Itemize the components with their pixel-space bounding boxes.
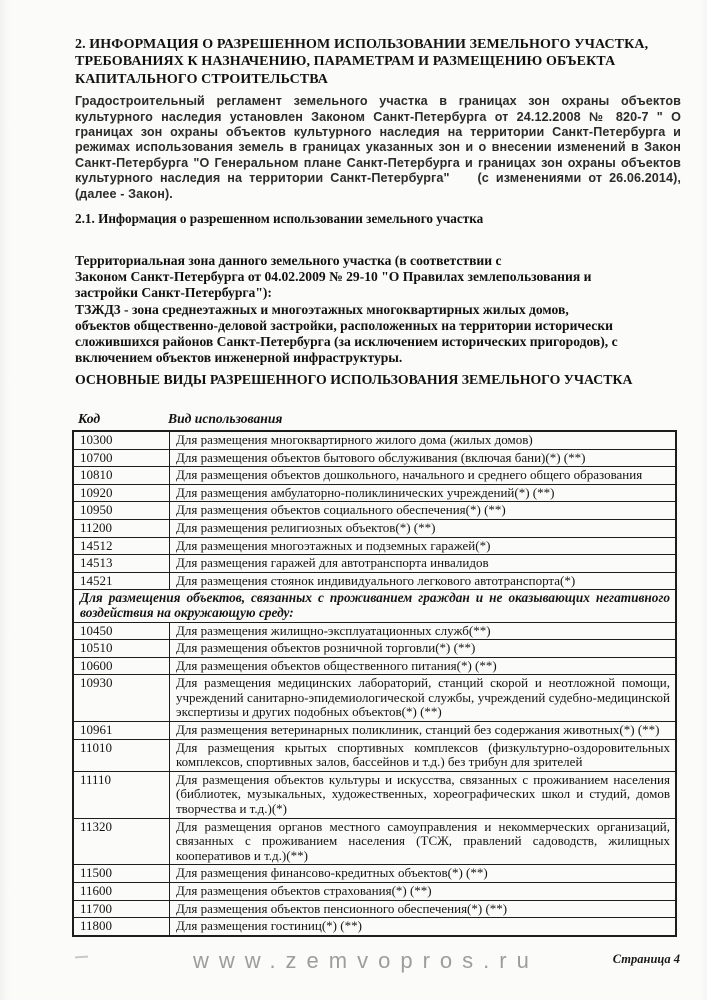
use-code-cell: 10930 [73, 675, 170, 722]
table-row: 11010Для размещения крытых спортивных ко… [73, 739, 676, 771]
use-description-cell: Для размещения стоянок индивидуального л… [170, 572, 677, 590]
use-code-cell: 11600 [73, 883, 170, 901]
table-row: 11110Для размещения объектов культуры и … [73, 771, 676, 818]
use-description-cell: Для размещения медицинских лабораторий, … [170, 675, 677, 722]
use-description-cell: Для размещения жилищно-эксплуатационных … [170, 622, 677, 640]
use-code-cell: 10810 [73, 467, 170, 485]
column-header-use: Вид использования [168, 411, 282, 427]
use-code-cell: 10450 [73, 622, 170, 640]
use-code-cell: 11320 [73, 818, 170, 865]
watermark-text: www.zemvopros.ru [193, 948, 539, 974]
table-row: 10950Для размещения объектов социального… [73, 502, 676, 520]
table-row: 10930Для размещения медицинских лаборато… [73, 675, 676, 722]
scan-smudge-artifact [75, 956, 88, 959]
table-row: 11500Для размещения финансово-кредитных … [73, 865, 676, 883]
table-row: Для размещения объектов, связанных с про… [73, 590, 676, 622]
use-description-cell: Для размещения объектов страхования(*) (… [170, 883, 677, 901]
use-description-cell: Для размещения объектов социального обес… [170, 502, 677, 520]
use-description-cell: Для размещения органов местного самоупра… [170, 818, 677, 865]
use-code-cell: 10700 [73, 449, 170, 467]
group-note-cell: Для размещения объектов, связанных с про… [73, 590, 676, 622]
table-row: 11700Для размещения объектов пенсионного… [73, 900, 676, 918]
use-code-cell: 10300 [73, 431, 170, 449]
use-code-cell: 14512 [73, 537, 170, 555]
table-row: 10810Для размещения объектов дошкольного… [73, 467, 676, 485]
use-description-cell: Для размещения финансово-кредитных объек… [170, 865, 677, 883]
table-row: 14512Для размещения многоэтажных и подзе… [73, 537, 676, 555]
use-code-cell: 11700 [73, 900, 170, 918]
use-description-cell: Для размещения многоэтажных и подземных … [170, 537, 677, 555]
table-row: 10300Для размещения многоквартирного жил… [73, 431, 676, 449]
use-description-cell: Для размещения объектов культуры и искус… [170, 771, 677, 818]
page-number-label: Страница 4 [613, 952, 680, 967]
use-description-cell: Для размещения ветеринарных поликлиник, … [170, 722, 677, 740]
use-code-cell: 11110 [73, 771, 170, 818]
uses-table-body: 10300Для размещения многоквартирного жил… [73, 431, 676, 936]
use-description-cell: Для размещения гостиниц(*) (**) [170, 918, 677, 936]
table-row: 11800Для размещения гостиниц(*) (**) [73, 918, 676, 936]
use-description-cell: Для размещения амбулаторно-поликлиническ… [170, 484, 677, 502]
regulation-intro-paragraph: Градостроительный регламент земельного у… [75, 94, 681, 202]
table-row: 14513Для размещения гаражей для автотран… [73, 555, 676, 573]
use-description-cell: Для размещения объектов пенсионного обес… [170, 900, 677, 918]
use-code-cell: 14521 [73, 572, 170, 590]
use-code-cell: 11800 [73, 918, 170, 936]
use-code-cell: 11500 [73, 865, 170, 883]
use-description-cell: Для размещения многоквартирного жилого д… [170, 431, 677, 449]
subsection-2-1-heading: 2.1. Информация о разрешенном использова… [75, 211, 681, 227]
territorial-zone-description: Территориальная зона данного земельного … [75, 253, 681, 366]
use-description-cell: Для размещения объектов дошкольного, нач… [170, 467, 677, 485]
table-row: 10961Для размещения ветеринарных поликли… [73, 722, 676, 740]
table-column-headers: Код Вид использования [78, 411, 681, 427]
use-code-cell: 10920 [73, 484, 170, 502]
use-code-cell: 10950 [73, 502, 170, 520]
use-description-cell: Для размещения гаражей для автотранспорт… [170, 555, 677, 573]
use-code-cell: 10510 [73, 640, 170, 658]
use-description-cell: Для размещения крытых спортивных комплек… [170, 739, 677, 771]
section-heading: 2. ИНФОРМАЦИЯ О РАЗРЕШЕННОМ ИСПОЛЬЗОВАНИ… [75, 0, 681, 88]
main-uses-heading: ОСНОВНЫЕ ВИДЫ РАЗРЕШЕННОГО ИСПОЛЬЗОВАНИЯ… [75, 372, 681, 389]
table-row: 14521Для размещения стоянок индивидуальн… [73, 572, 676, 590]
use-code-cell: 14513 [73, 555, 170, 573]
use-code-cell: 11200 [73, 519, 170, 537]
permitted-uses-table: 10300Для размещения многоквартирного жил… [72, 430, 677, 937]
table-row: 11320Для размещения органов местного сам… [73, 818, 676, 865]
table-row: 11600Для размещения объектов страхования… [73, 883, 676, 901]
use-code-cell: 10600 [73, 657, 170, 675]
table-row: 10700Для размещения объектов бытового об… [73, 449, 676, 467]
column-header-code: Код [78, 411, 168, 427]
use-code-cell: 10961 [73, 722, 170, 740]
table-row: 10510Для размещения объектов розничной т… [73, 640, 676, 658]
use-description-cell: Для размещения объектов розничной торгов… [170, 640, 677, 658]
table-row: 10600Для размещения объектов общественно… [73, 657, 676, 675]
use-description-cell: Для размещения объектов общественного пи… [170, 657, 677, 675]
use-description-cell: Для размещения объектов бытового обслужи… [170, 449, 677, 467]
table-row: 10450Для размещения жилищно-эксплуатацио… [73, 622, 676, 640]
table-row: 10920Для размещения амбулаторно-поликлин… [73, 484, 676, 502]
use-code-cell: 11010 [73, 739, 170, 771]
table-row: 11200Для размещения религиозных объектов… [73, 519, 676, 537]
use-description-cell: Для размещения религиозных объектов(*) (… [170, 519, 677, 537]
scanned-document-page: 2. ИНФОРМАЦИЯ О РАЗРЕШЕННОМ ИСПОЛЬЗОВАНИ… [0, 0, 707, 1000]
